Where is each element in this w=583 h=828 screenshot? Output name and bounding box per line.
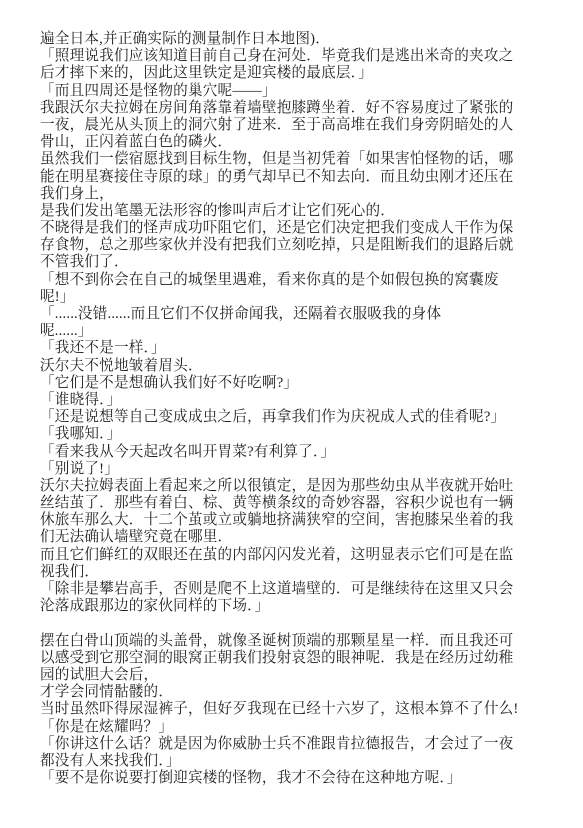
text-line: 呢!」 bbox=[40, 289, 553, 306]
novel-page: 遍全日本,并正确实际的测量制作日本地图)．「照理说我们应该知道目前自己身在河处．… bbox=[0, 0, 583, 828]
text-line: 以感受到它那空洞的眼窝正朝我们投射哀怨的眼神呢．我是在经历过幼稚 bbox=[40, 650, 553, 667]
text-line: 不晓得是我们的怪声成功吓阻它们，还是它们决定把我们变成人干作为保 bbox=[40, 220, 553, 237]
text-line: 「......没错......而且它们不仅拼命闻我，还隔着衣服吸我的身体 bbox=[40, 306, 553, 323]
text-line: 沃尔夫拉姆表面上看起来之所以很镇定，是因为那些幼虫从半夜就开始吐 bbox=[40, 478, 553, 495]
text-line: 呢......」 bbox=[40, 323, 553, 340]
text-line: 一夜，晨光从头顶上的洞穴射了进来．至于高高堆在我们身旁阴暗处的人 bbox=[40, 117, 553, 134]
text-line: 丝结茧了．那些有着白、棕、黄等横条纹的奇妙容器，容积少说也有一辆 bbox=[40, 495, 553, 512]
text-line: 骨山，正闪着蓝白色的磷火． bbox=[40, 134, 553, 151]
text-line: 视我们． bbox=[40, 564, 553, 581]
text-line: 我们身上， bbox=[40, 186, 553, 203]
text-line: 摆在白骨山顶端的头盖骨，就像圣诞树顶端的那颗星星一样．而且我还可 bbox=[40, 633, 553, 650]
text-line: 「谁晓得．」 bbox=[40, 392, 553, 409]
text-line bbox=[40, 615, 553, 632]
text-line: 「看来我从今天起改名叫开胃菜?有利算了．」 bbox=[40, 444, 553, 461]
text-line: 「要不是你说要打倒迎宾楼的怪物，我才不会待在这种地方呢．」 bbox=[40, 770, 553, 787]
text-line: 存食物，总之那些家伙并没有把我们立刻吃掉，只是阻断我们的退路后就 bbox=[40, 237, 553, 254]
text-line: 遍全日本,并正确实际的测量制作日本地图)． bbox=[40, 31, 553, 48]
text-line: 「我还不是一样．」 bbox=[40, 340, 553, 357]
text-line: 「照理说我们应该知道目前自己身在河处．毕竟我们是逃出米奇的夹攻之 bbox=[40, 48, 553, 65]
text-line: 园的试胆大会后， bbox=[40, 667, 553, 684]
text-line: 当时虽然吓得尿湿裤子，但好歹我现在已经十六岁了，这根本算不了什么! bbox=[40, 701, 553, 718]
text-line: 不管我们了． bbox=[40, 254, 553, 271]
text-line: 「别说了!」 bbox=[40, 461, 553, 478]
text-line: 「它们是不是想确认我们好不好吃啊?」 bbox=[40, 375, 553, 392]
text-line: 是我们发出笔墨无法形容的惨叫声后才让它们死心的． bbox=[40, 203, 553, 220]
text-line: 「你是在炫耀吗？」 bbox=[40, 719, 553, 736]
text-line: 「你讲这什么话？就是因为你威胁士兵不准跟肯拉德报告，才会过了一夜 bbox=[40, 736, 553, 753]
text-line: 能在明星赛接住寺原的球」的勇气却早已不知去向．而且幼虫刚才还压在 bbox=[40, 169, 553, 186]
text-line: 我跟沃尔夫拉姆在房间角落靠着墙壁抱膝蹲坐着．好不容易度过了紧张的 bbox=[40, 100, 553, 117]
text-line: 而且它们鲜红的双眼还在茧的内部闪闪发光着，这明显表示它们可是在监 bbox=[40, 547, 553, 564]
text-line: 「除非是攀岩高手，否则是爬不上这道墙壁的．可是继续待在这里又只会 bbox=[40, 581, 553, 598]
text-line: 后才摔下来的，因此这里铁定是迎宾楼的最底层．」 bbox=[40, 65, 553, 82]
text-line: 才学会同情骷髅的． bbox=[40, 684, 553, 701]
text-line: 「想不到你会在自己的城堡里遇难，看来你真的是个如假包换的窝囊废 bbox=[40, 272, 553, 289]
text-line: 休旅车那么大．十二个茧或立或躺地挤满狭窄的空间，害抱膝呆坐着的我 bbox=[40, 512, 553, 529]
text-line: 虽然我们一偿宿愿找到目标生物，但是当初凭着「如果害怕怪物的话，哪 bbox=[40, 151, 553, 168]
text-line: 「还是说想等自己变成成虫之后，再拿我们作为庆祝成人式的佳肴呢?」 bbox=[40, 409, 553, 426]
text-line: 「我哪知．」 bbox=[40, 426, 553, 443]
text-line: 「而且四周还是怪物的巢穴呢——」 bbox=[40, 83, 553, 100]
text-line: 们无法确认墙壁究竟在哪里． bbox=[40, 529, 553, 546]
text-line: 都没有人来找我们．」 bbox=[40, 753, 553, 770]
text-line: 沦落成跟那边的家伙同样的下场．」 bbox=[40, 598, 553, 615]
text-line: 沃尔夫不悦地皱着眉头． bbox=[40, 358, 553, 375]
